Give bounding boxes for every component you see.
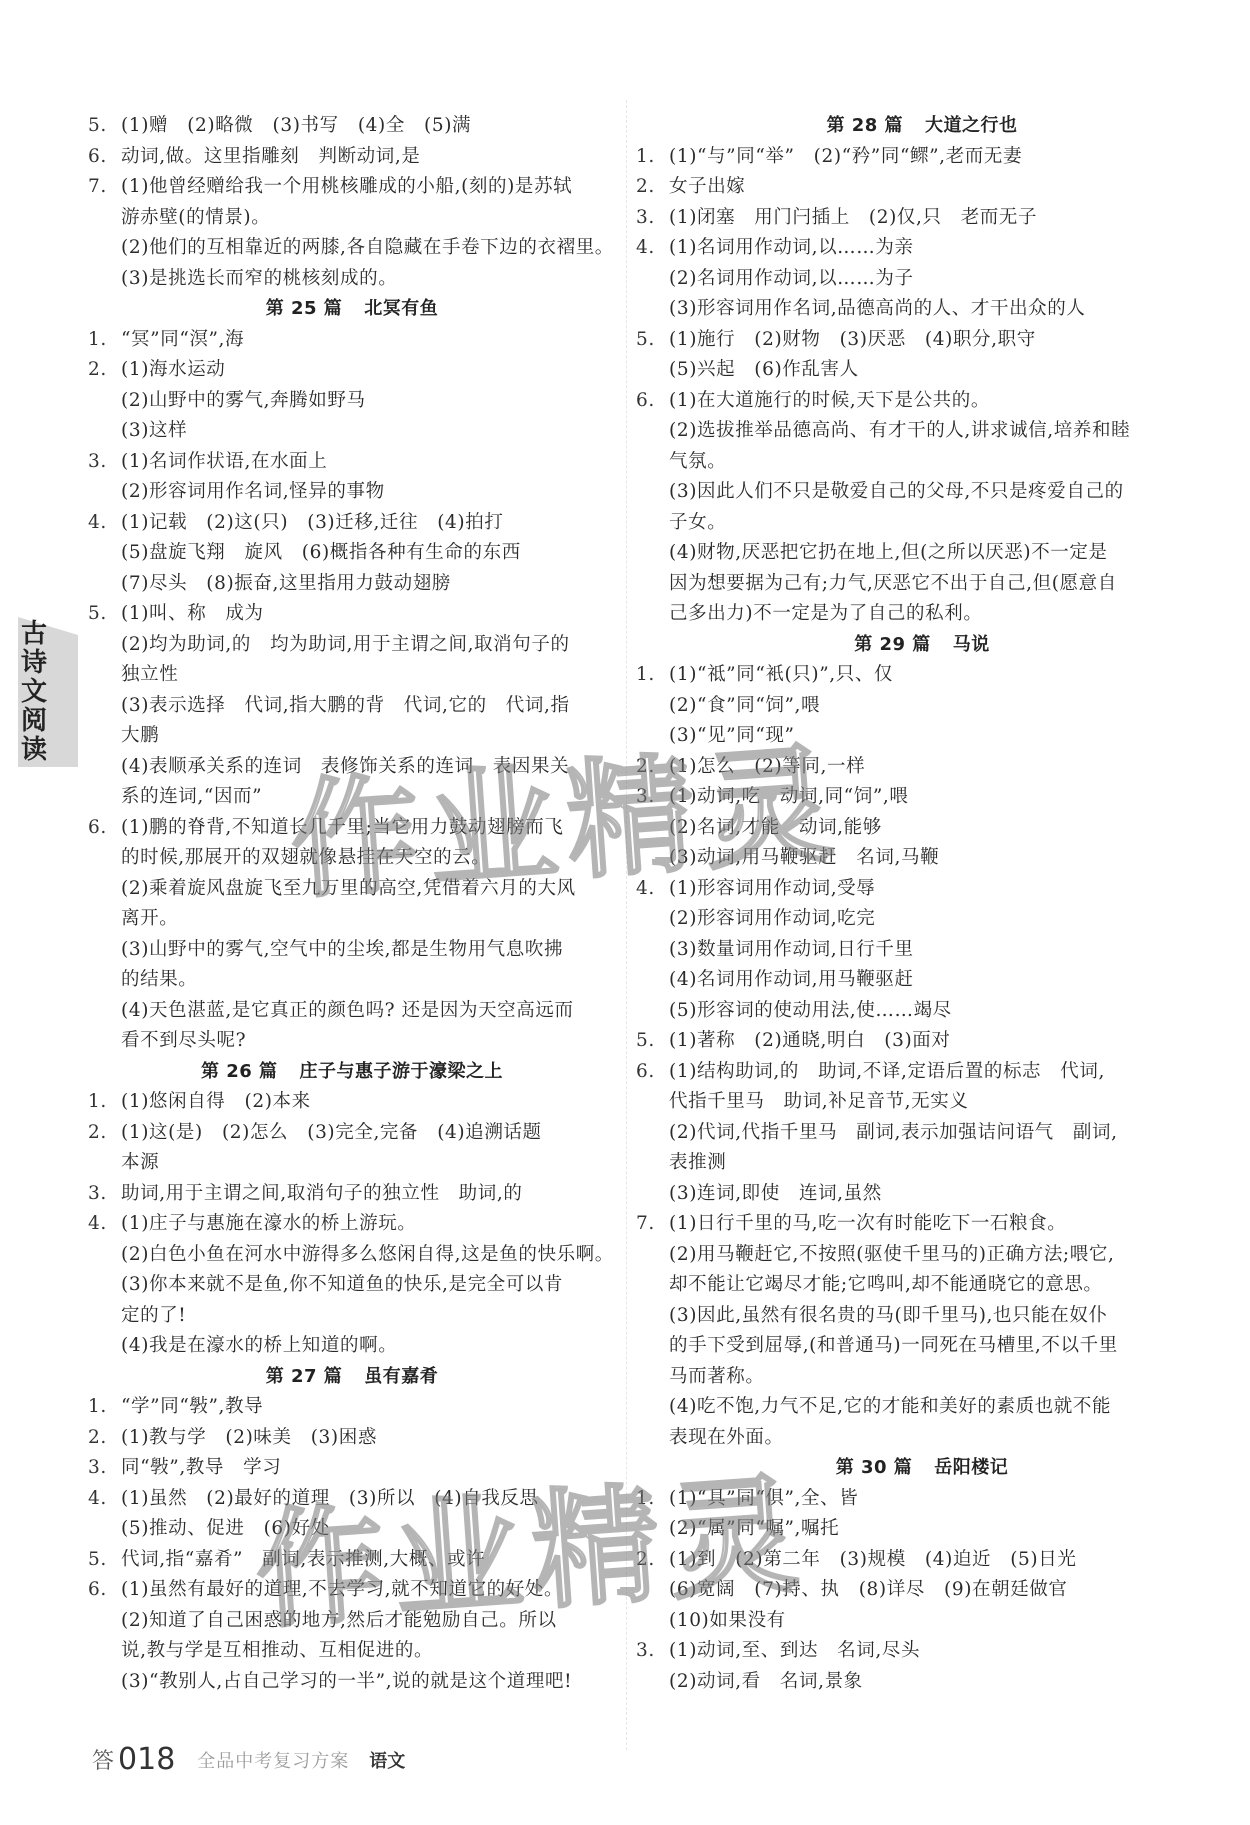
answer-item-continuation: (2)形容词用作名词,怪异的事物: [88, 477, 616, 508]
answer-item-continuation: (2)用马鞭赶它,不按照(驱使千里马的)正确方法;喂它,: [636, 1240, 1208, 1271]
side-tab-char: 读: [14, 736, 54, 765]
answer-item: 6.(1)结构助词,的 助词,不译,定语后置的标志 代词,: [636, 1057, 1208, 1088]
question-number: 2.: [88, 355, 118, 386]
answer-item-continuation: (4)财物,厌恶把它扔在地上,但(之所以厌恶)不一定是: [636, 538, 1208, 569]
answer-item: 1.(1)“祗”同“衹(只)”,只、仅: [636, 660, 1208, 691]
answer-text: (3)数量词用作动词,日行千里: [669, 935, 914, 966]
answer-item: 5.(1)叫、称 成为: [88, 599, 616, 630]
subject-label: 语文: [369, 1751, 405, 1772]
question-number: 1.: [88, 1087, 118, 1118]
answer-text: (5)兴起 (6)作乱害人: [669, 355, 859, 386]
answer-text: (1)日行千里的马,吃一次有时能吃下一石粮食。: [669, 1209, 1066, 1240]
answer-text: (1)名词用作动词,以……为亲: [669, 233, 914, 264]
answer-text: (1)悠闲自得 (2)本来: [121, 1087, 311, 1118]
section-heading: 第 25 篇北冥有鱼: [88, 294, 616, 325]
answer-text: (5)形容词的使动用法,使……竭尽: [669, 996, 952, 1027]
answer-text: (1)教与学 (2)味美 (3)困惑: [121, 1423, 377, 1454]
answer-item-continuation: (3)因此人们不只是敬爱自己的父母,不只是疼爱自己的: [636, 477, 1208, 508]
answer-text: (1)闭塞 用门闩插上 (2)仅,只 老而无子: [669, 203, 1037, 234]
question-number: 1.: [636, 660, 666, 691]
section-heading: 第 27 篇虽有嘉肴: [88, 1362, 616, 1393]
section-number: 第 30 篇: [836, 1453, 913, 1484]
watermark: 作业精灵: [284, 701, 848, 923]
answer-text: 本源: [121, 1148, 159, 1179]
answer-text: 气氛。: [669, 447, 726, 478]
answer-text: (2)动词,看 名词,景象: [669, 1667, 863, 1698]
page-number: 018: [118, 1742, 175, 1777]
answer-item: 5.(1)著称 (2)通晓,明白 (3)面对: [636, 1026, 1208, 1057]
question-number: 7.: [88, 172, 118, 203]
answer-text: (4)天色湛蓝,是它真正的颜色吗? 还是因为天空高远而: [121, 996, 574, 1027]
answer-text: 己多出力)不一定是为了自己的私利。: [669, 599, 982, 630]
question-number: 6.: [88, 813, 118, 844]
answer-text: (3)你本来就不是鱼,你不知道鱼的快乐,是完全可以肯: [121, 1270, 563, 1301]
answer-item-continuation: (5)形容词的使动用法,使……竭尽: [636, 996, 1208, 1027]
answer-item-continuation: (2)名词用作动词,以……为子: [636, 264, 1208, 295]
answer-text: (2)白色小鱼在河水中游得多么悠闲自得,这是鱼的快乐啊。: [121, 1240, 614, 1271]
answer-item-continuation: 气氛。: [636, 447, 1208, 478]
answer-text: (3)这样: [121, 416, 187, 447]
answer-item-continuation: 独立性: [88, 660, 616, 691]
answer-text: (4)我是在濠水的桥上知道的啊。: [121, 1331, 397, 1362]
answer-item: 4.(1)记载 (2)这(只) (3)迁移,迁往 (4)拍打: [88, 508, 616, 539]
answer-item-continuation: (4)天色湛蓝,是它真正的颜色吗? 还是因为天空高远而: [88, 996, 616, 1027]
section-number: 第 28 篇: [826, 111, 903, 142]
answer-text: 因为想要据为己有;力气,厌恶它不出于自己,但(愿意自: [669, 569, 1117, 600]
question-number: 3.: [88, 1179, 118, 1210]
answer-text: 系的连词,“因而”: [121, 782, 262, 813]
question-number: 3.: [636, 203, 666, 234]
answer-item-continuation: (3)因此,虽然有很名贵的马(即千里马),也只能在奴仆: [636, 1301, 1208, 1332]
question-number: 4.: [88, 1209, 118, 1240]
answer-text: (1)他曾经赠给我一个用桃核雕成的小船,(刻的)是苏轼: [121, 172, 572, 203]
answer-item-continuation: (3)表示选择 代词,指大鹏的背 代词,它的 代词,指: [88, 691, 616, 722]
section-title: 岳阳楼记: [934, 1457, 1008, 1478]
answer-text: 离开。: [121, 904, 178, 935]
question-number: 6.: [88, 142, 118, 173]
answer-text: (2)均为助词,的 均为助词,用于主谓之间,取消句子的: [121, 630, 570, 661]
answer-item: 5.(1)施行 (2)财物 (3)厌恶 (4)职分,职守: [636, 325, 1208, 356]
section-title: 大道之行也: [925, 115, 1018, 136]
answer-item: 1.“学”同“斅”,教导: [88, 1392, 616, 1423]
answer-item: 2.(1)这(是) (2)怎么 (3)完全,完备 (4)追溯话题: [88, 1118, 616, 1149]
question-number: 5.: [88, 1545, 118, 1576]
answer-text: 助词,用于主谓之间,取消句子的独立性 助词,的: [121, 1179, 522, 1210]
answer-item-continuation: (2)均为助词,的 均为助词,用于主谓之间,取消句子的: [88, 630, 616, 661]
question-number: 6.: [636, 386, 666, 417]
answer-text: 独立性: [121, 660, 178, 691]
answer-item-continuation: (3)你本来就不是鱼,你不知道鱼的快乐,是完全可以肯: [88, 1270, 616, 1301]
answer-item-continuation: (4)名词用作动词,用马鞭驱赶: [636, 965, 1208, 996]
answer-item-continuation: (2)白色小鱼在河水中游得多么悠闲自得,这是鱼的快乐啊。: [88, 1240, 616, 1271]
answer-text: (4)财物,厌恶把它扔在地上,但(之所以厌恶)不一定是: [669, 538, 1108, 569]
answer-text: (1)“祗”同“衹(只)”,只、仅: [669, 660, 893, 691]
answer-text: (3)表示选择 代词,指大鹏的背 代词,它的 代词,指: [121, 691, 570, 722]
question-number: 1.: [88, 1392, 118, 1423]
answer-item-continuation: (4)我是在濠水的桥上知道的啊。: [88, 1331, 616, 1362]
answer-item: 5.(1)赠 (2)略微 (3)书写 (4)全 (5)满: [88, 111, 616, 142]
section-title: 马说: [953, 634, 990, 655]
question-number: 5.: [88, 599, 118, 630]
answer-item-continuation: (2)他们的互相靠近的两膝,各自隐藏在手卷下边的衣褶里。: [88, 233, 616, 264]
section-title: 虽有嘉肴: [364, 1366, 438, 1387]
answer-text: 大鹏: [121, 721, 159, 752]
section-title: 北冥有鱼: [364, 298, 438, 319]
answer-text: (1)著称 (2)通晓,明白 (3)面对: [669, 1026, 951, 1057]
answer-item-continuation: 子女。: [636, 508, 1208, 539]
answer-text: (2)他们的互相靠近的两膝,各自隐藏在手卷下边的衣褶里。: [121, 233, 614, 264]
answer-item: 1.“冥”同“溟”,海: [88, 325, 616, 356]
section-side-tab-label: 古 诗 文 阅 读: [14, 620, 54, 765]
question-number: 5.: [636, 325, 666, 356]
question-number: 4.: [636, 233, 666, 264]
section-title: 庄子与惠子游于濠梁之上: [300, 1061, 504, 1082]
answer-text: (3)形容词用作名词,品德高尚的人、才干出众的人: [669, 294, 1086, 325]
answer-item: 2.(1)海水运动: [88, 355, 616, 386]
answer-item-continuation: 的结果。: [88, 965, 616, 996]
answer-text: (1)叫、称 成为: [121, 599, 264, 630]
section-number: 第 26 篇: [201, 1057, 278, 1088]
answer-item-continuation: 代指千里马 助词,补足音节,无实义: [636, 1087, 1208, 1118]
answer-item-continuation: (2)选拔推举品德高尚、有才干的人,讲求诚信,培养和睦: [636, 416, 1208, 447]
answer-item-continuation: (3)数量词用作动词,日行千里: [636, 935, 1208, 966]
answer-text: (1)结构助词,的 助词,不译,定语后置的标志 代词,: [669, 1057, 1105, 1088]
answer-text: (3)山野中的雾气,空气中的尘埃,都是生物用气息吹拂: [121, 935, 563, 966]
answer-item: 3.(1)闭塞 用门闩插上 (2)仅,只 老而无子: [636, 203, 1208, 234]
answer-item-continuation: (3)山野中的雾气,空气中的尘埃,都是生物用气息吹拂: [88, 935, 616, 966]
answer-item-continuation: 本源: [88, 1148, 616, 1179]
answer-key-page: 古 诗 文 阅 读 5.(1)赠 (2)略微 (3)书写 (4)全 (5)满6.…: [0, 0, 1250, 1825]
question-number: 7.: [636, 1209, 666, 1240]
answer-text: (2)名词用作动词,以……为子: [669, 264, 914, 295]
answer-text: (1)这(是) (2)怎么 (3)完全,完备 (4)追溯话题: [121, 1118, 542, 1149]
answer-text: 的手下受到屈辱,(和普通马)一同死在马槽里,不以千里: [669, 1331, 1118, 1362]
question-number: 6.: [636, 1057, 666, 1088]
question-number: 4.: [88, 508, 118, 539]
question-number: 3.: [88, 1453, 118, 1484]
answer-item: 6.动词,做。这里指雕刻 判断动词,是: [88, 142, 616, 173]
answer-item: 4.(1)名词用作动词,以……为亲: [636, 233, 1208, 264]
side-tab-char: 诗: [14, 649, 54, 678]
section-number: 第 29 篇: [854, 630, 931, 661]
answer-item-continuation: 的手下受到屈辱,(和普通马)一同死在马槽里,不以千里: [636, 1331, 1208, 1362]
answer-text: (1)记载 (2)这(只) (3)迁移,迁往 (4)拍打: [121, 508, 503, 539]
answer-text: 定的了!: [121, 1301, 186, 1332]
answer-text: 看不到尽头呢?: [121, 1026, 246, 1057]
answer-item-continuation: (3)“教别人,占自己学习的一半”,说的就是这个道理吧!: [88, 1667, 616, 1698]
answer-item-continuation: 游赤壁(的情景)。: [88, 203, 616, 234]
answer-item-continuation: 马而著称。: [636, 1362, 1208, 1393]
answer-text: 游赤壁(的情景)。: [121, 203, 270, 234]
answer-item-continuation: (3)连词,即使 连词,虽然: [636, 1179, 1208, 1210]
answer-text: “学”同“斅”,教导: [121, 1392, 263, 1423]
answer-text: (2)代词,代指千里马 副词,表示加强诘问语气 副词,: [669, 1118, 1118, 1149]
answer-item-continuation: 却不能让它竭尽才能;它鸣叫,却不能通晓它的意思。: [636, 1270, 1208, 1301]
answer-text: (1)赠 (2)略微 (3)书写 (4)全 (5)满: [121, 111, 471, 142]
answer-item-continuation: (5)兴起 (6)作乱害人: [636, 355, 1208, 386]
answer-text: (4)名词用作动词,用马鞭驱赶: [669, 965, 914, 996]
answer-text: (2)形容词用作名词,怪异的事物: [121, 477, 385, 508]
answer-text: (2)选拔推举品德高尚、有才干的人,讲求诚信,培养和睦: [669, 416, 1130, 447]
answer-text: (2)用马鞭赶它,不按照(驱使千里马的)正确方法;喂它,: [669, 1240, 1114, 1271]
answer-text: (5)盘旋飞翔 旋风 (6)概指各种有生命的东西: [121, 538, 521, 569]
answer-text: 马而著称。: [669, 1362, 765, 1393]
book-title: 全品中考复习方案: [197, 1751, 349, 1772]
answer-item: 1.(1)“与”同“举” (2)“矜”同“鳏”,老而无妻: [636, 142, 1208, 173]
answer-item-continuation: 定的了!: [88, 1301, 616, 1332]
answer-text: (3)因此,虽然有很名贵的马(即千里马),也只能在奴仆: [669, 1301, 1108, 1332]
question-number: 2.: [88, 1423, 118, 1454]
answer-item-continuation: 己多出力)不一定是为了自己的私利。: [636, 599, 1208, 630]
section-heading: 第 28 篇大道之行也: [636, 111, 1208, 142]
watermark: 作业精灵: [249, 1431, 813, 1653]
answer-text: (1)在大道施行的时候,天下是公共的。: [669, 386, 990, 417]
answer-item-continuation: (5)盘旋飞翔 旋风 (6)概指各种有生命的东西: [88, 538, 616, 569]
answer-item: 3.(1)动词,至、到达 名词,尽头: [636, 1636, 1208, 1667]
question-number: 5.: [88, 111, 118, 142]
answer-text: (1)动词,至、到达 名词,尽头: [669, 1636, 920, 1667]
answer-item: 4.(1)庄子与惠施在濠水的桥上游玩。: [88, 1209, 616, 1240]
question-number: 3.: [636, 1636, 666, 1667]
answer-text: (1)“与”同“举” (2)“矜”同“鳏”,老而无妻: [669, 142, 1022, 173]
side-tab-char: 阅: [14, 707, 54, 736]
answer-item: 1.(1)悠闲自得 (2)本来: [88, 1087, 616, 1118]
answer-item-continuation: 表推测: [636, 1148, 1208, 1179]
answer-label: 答: [92, 1749, 114, 1774]
answer-text: “冥”同“溟”,海: [121, 325, 244, 356]
section-number: 第 25 篇: [266, 294, 343, 325]
answer-text: 子女。: [669, 508, 726, 539]
answer-item-continuation: 因为想要据为己有;力气,厌恶它不出于自己,但(愿意自: [636, 569, 1208, 600]
answer-text: (3)是挑选长而窄的桃核刻成的。: [121, 264, 397, 295]
section-heading: 第 26 篇庄子与惠子游于濠梁之上: [88, 1057, 616, 1088]
answer-text: (1)海水运动: [121, 355, 225, 386]
question-number: 6.: [88, 1575, 118, 1606]
answer-text: (3)连词,即使 连词,虽然: [669, 1179, 882, 1210]
answer-text: 代指千里马 助词,补足音节,无实义: [669, 1087, 968, 1118]
answer-item-continuation: (3)这样: [88, 416, 616, 447]
answer-text: (1)名词作状语,在水面上: [121, 447, 327, 478]
answer-text: 动词,做。这里指雕刻 判断动词,是: [121, 142, 420, 173]
question-number: 5.: [636, 1026, 666, 1057]
question-number: 2.: [636, 172, 666, 203]
answer-item-continuation: (2)山野中的雾气,奔腾如野马: [88, 386, 616, 417]
answer-item-continuation: (3)形容词用作名词,品德高尚的人、才干出众的人: [636, 294, 1208, 325]
answer-item: 6.(1)在大道施行的时候,天下是公共的。: [636, 386, 1208, 417]
answer-item-continuation: (4)吃不饱,力气不足,它的才能和美好的素质也就不能: [636, 1392, 1208, 1423]
answer-item: 3.助词,用于主谓之间,取消句子的独立性 助词,的: [88, 1179, 616, 1210]
answer-item: 7.(1)他曾经赠给我一个用桃核雕成的小船,(刻的)是苏轼: [88, 172, 616, 203]
answer-item-continuation: (3)是挑选长而窄的桃核刻成的。: [88, 264, 616, 295]
question-number: 1.: [88, 325, 118, 356]
section-number: 第 27 篇: [266, 1362, 343, 1393]
answer-text: 女子出嫁: [669, 172, 745, 203]
answer-text: (2)山野中的雾气,奔腾如野马: [121, 386, 366, 417]
question-number: 3.: [88, 447, 118, 478]
section-heading: 第 29 篇马说: [636, 630, 1208, 661]
answer-text: 却不能让它竭尽才能;它鸣叫,却不能通晓它的意思。: [669, 1270, 1103, 1301]
question-number: 2.: [88, 1118, 118, 1149]
side-tab-char: 文: [14, 678, 54, 707]
answer-item-continuation: (7)尽头 (8)振奋,这里指用力鼓动翅膀: [88, 569, 616, 600]
answer-item-continuation: (2)形容词用作动词,吃完: [636, 904, 1208, 935]
answer-text: (1)庄子与惠施在濠水的桥上游玩。: [121, 1209, 416, 1240]
answer-item-continuation: (2)动词,看 名词,景象: [636, 1667, 1208, 1698]
answer-text: (1)施行 (2)财物 (3)厌恶 (4)职分,职守: [669, 325, 1036, 356]
answer-item-continuation: 看不到尽头呢?: [88, 1026, 616, 1057]
page-footer: 答018全品中考复习方案语文: [92, 1742, 405, 1782]
answer-text: (2)形容词用作动词,吃完: [669, 904, 875, 935]
answer-item: 7.(1)日行千里的马,吃一次有时能吃下一石粮食。: [636, 1209, 1208, 1240]
answer-text: 的结果。: [121, 965, 197, 996]
answer-item: 3.(1)名词作状语,在水面上: [88, 447, 616, 478]
answer-item: 2.女子出嫁: [636, 172, 1208, 203]
answer-text: (7)尽头 (8)振奋,这里指用力鼓动翅膀: [121, 569, 451, 600]
side-tab-char: 古: [14, 620, 54, 649]
question-number: 4.: [88, 1484, 118, 1515]
answer-text: (3)“教别人,占自己学习的一半”,说的就是这个道理吧!: [121, 1667, 572, 1698]
answer-text: (4)吃不饱,力气不足,它的才能和美好的素质也就不能: [669, 1392, 1111, 1423]
question-number: 1.: [636, 142, 666, 173]
answer-item-continuation: (2)代词,代指千里马 副词,表示加强诘问语气 副词,: [636, 1118, 1208, 1149]
answer-text: (3)因此人们不只是敬爱自己的父母,不只是疼爱自己的: [669, 477, 1124, 508]
answer-text: 表推测: [669, 1148, 726, 1179]
